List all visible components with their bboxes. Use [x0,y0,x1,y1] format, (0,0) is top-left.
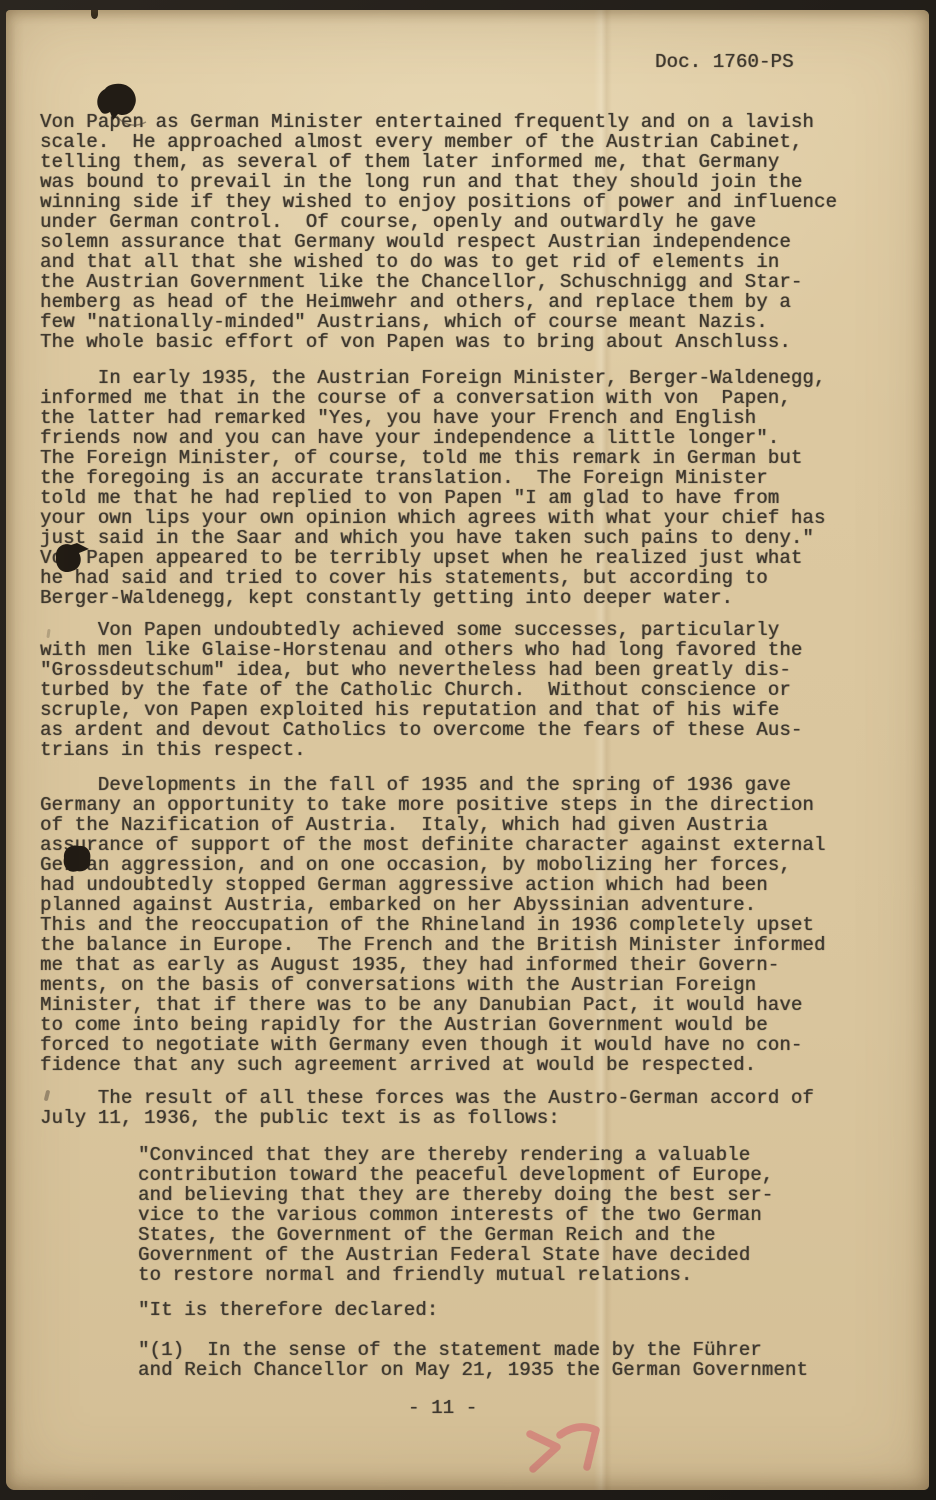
paragraph-successes: Von Papen undoubtedly achieved some succ… [40,620,802,760]
red-pencil-mark [520,1416,604,1478]
document-page: Doc. 1760-PS Von Papen as German Ministe… [6,10,929,1490]
paragraph-developments: Developments in the fall of 1935 and the… [40,775,826,1075]
blockquote-convinced: "Convinced that they are thereby renderi… [138,1145,773,1285]
blockquote-declared: "It is therefore declared: [138,1300,438,1320]
page-number: - 11 - [408,1398,477,1418]
ink-blot-icon [92,82,148,132]
paragraph-early-1935: In early 1935, the Austrian Foreign Mini… [40,368,826,608]
paragraph-accord-intro: The result of all these forces was the A… [40,1088,814,1128]
blockquote-point-1: "(1) In the sense of the statement made … [138,1340,808,1380]
ink-blot-icon [49,541,91,577]
paper-speck [91,10,98,19]
photographed-document: { "document": { "header": { "doc_number"… [0,0,936,1500]
paragraph-von-papen-minister: Von Papen as German Minister entertained… [40,112,837,352]
doc-number: Doc. 1760-PS [655,52,794,72]
ink-blot-icon [58,843,94,875]
